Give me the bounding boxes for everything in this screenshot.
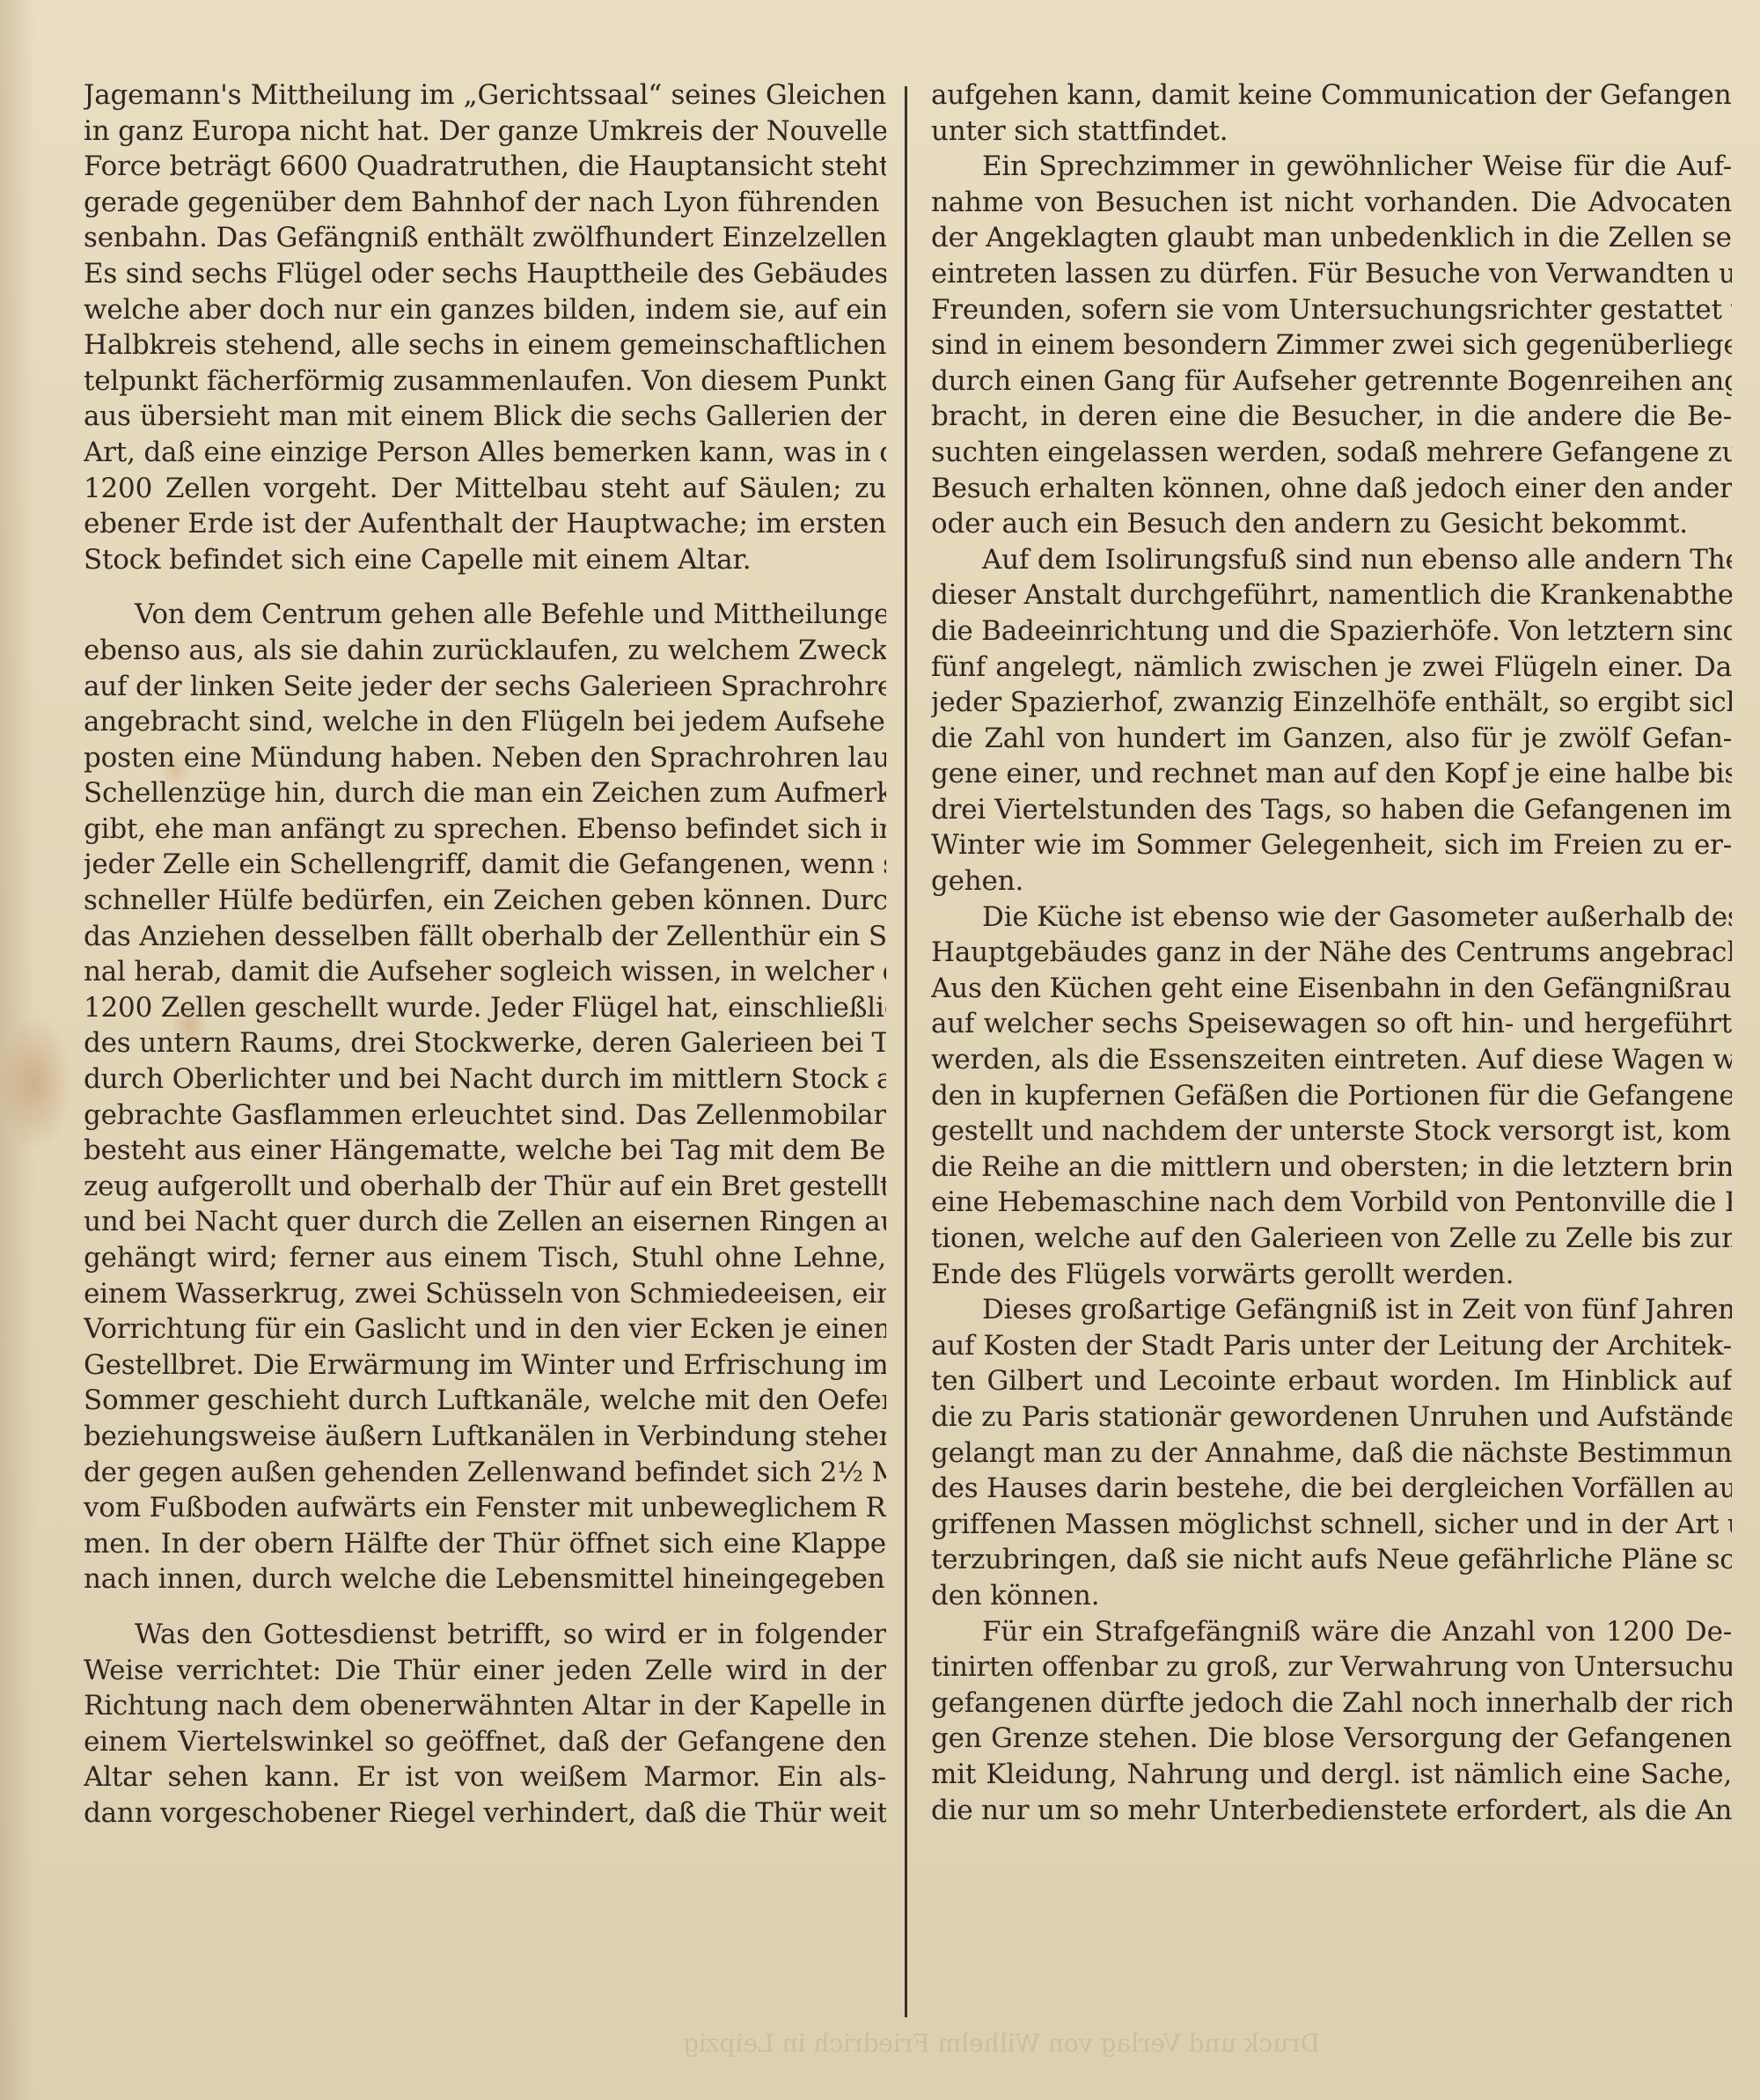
text-line: Es sind sechs Flügel oder sechs Hauptthe… bbox=[84, 256, 886, 292]
text-line: ebenso aus, als sie dahin zurücklaufen, … bbox=[84, 633, 886, 669]
text-line: gestellt und nachdem der unterste Stock … bbox=[931, 1113, 1732, 1149]
text-line: Ein Sprechzimmer in gewöhnlicher Weise f… bbox=[931, 149, 1732, 185]
text-line: bracht, in deren eine die Besucher, in d… bbox=[931, 399, 1732, 435]
text-line: Schellenzüge hin, durch die man ein Zeic… bbox=[84, 775, 886, 811]
text-line: beziehungsweise äußern Luftkanälen in Ve… bbox=[84, 1419, 886, 1455]
paragraph: aufgehen kann, damit keine Communication… bbox=[931, 77, 1732, 149]
paragraph: Von dem Centrum gehen alle Befehle und M… bbox=[84, 597, 886, 1597]
text-line: Was den Gottesdienst betrifft, so wird e… bbox=[84, 1617, 886, 1653]
text-line: Die Küche ist ebenso wie der Gasometer a… bbox=[931, 899, 1732, 936]
text-line: aufgehen kann, damit keine Communication… bbox=[931, 77, 1732, 114]
text-line: angebracht sind, welche in den Flügeln b… bbox=[84, 704, 886, 740]
paragraph: Was den Gottesdienst betrifft, so wird e… bbox=[84, 1617, 886, 1832]
text-line: Stock befindet sich eine Capelle mit ein… bbox=[84, 542, 886, 578]
text-line: Ende des Flügels vorwärts gerollt werden… bbox=[931, 1257, 1732, 1293]
text-line: Freunden, sofern sie vom Untersuchungsri… bbox=[931, 292, 1732, 328]
paragraph: Jagemann's Mittheilung im „Gerichtssaal“… bbox=[84, 77, 886, 577]
bleed-through-text: Druck und Verlag von Wilhelm Friedrich i… bbox=[546, 2029, 1320, 2073]
text-line: Winter wie im Sommer Gelegenheit, sich i… bbox=[931, 827, 1732, 863]
text-line: oder auch ein Besuch den andern zu Gesic… bbox=[931, 506, 1732, 542]
text-line: 1200 Zellen geschellt wurde. Jeder Flüge… bbox=[84, 990, 886, 1026]
text-line: Jagemann's Mittheilung im „Gerichtssaal“… bbox=[84, 77, 886, 114]
text-line: aus übersieht man mit einem Blick die se… bbox=[84, 399, 886, 435]
text-line: unter sich stattfindet. bbox=[931, 114, 1732, 150]
text-line: Besuch erhalten können, ohne daß jedoch … bbox=[931, 471, 1732, 507]
paragraph: Die Küche ist ebenso wie der Gasometer a… bbox=[931, 899, 1732, 1293]
text-column-left: Jagemann's Mittheilung im „Gerichtssaal“… bbox=[84, 77, 886, 1832]
text-line: gefangenen dürfte jedoch die Zahl noch i… bbox=[931, 1685, 1732, 1722]
newspaper-page: Jagemann's Mittheilung im „Gerichtssaal“… bbox=[0, 0, 1760, 2100]
text-line: terzubringen, daß sie nicht aufs Neue ge… bbox=[931, 1542, 1732, 1578]
text-line: dieser Anstalt durchgeführt, namentlich … bbox=[931, 577, 1732, 613]
paragraph: Ein Sprechzimmer in gewöhnlicher Weise f… bbox=[931, 149, 1732, 542]
text-line: die Reihe an die mittlern und obersten; … bbox=[931, 1149, 1732, 1186]
text-line: auf Kosten der Stadt Paris unter der Lei… bbox=[931, 1328, 1732, 1364]
text-line: zeug aufgerollt und oberhalb der Thür au… bbox=[84, 1169, 886, 1205]
paragraph-gap bbox=[84, 577, 886, 597]
text-line: Force beträgt 6600 Quadratruthen, die Ha… bbox=[84, 149, 886, 185]
text-line: die Badeeinrichtung und die Spazierhöfe.… bbox=[931, 613, 1732, 650]
text-line: durch einen Gang für Aufseher getrennte … bbox=[931, 363, 1732, 400]
text-line: 1200 Zellen vorgeht. Der Mittelbau steht… bbox=[84, 471, 886, 507]
text-line: den können. bbox=[931, 1578, 1732, 1614]
text-line: drei Viertelstunden des Tags, so haben d… bbox=[931, 792, 1732, 828]
text-line: Halbkreis stehend, alle sechs in einem g… bbox=[84, 327, 886, 363]
text-line: suchten eingelassen werden, sodaß mehrer… bbox=[931, 435, 1732, 471]
text-line: eintreten lassen zu dürfen. Für Besuche … bbox=[931, 256, 1732, 292]
text-line: gerade gegenüber dem Bahnhof der nach Ly… bbox=[84, 185, 886, 221]
text-line: Von dem Centrum gehen alle Befehle und M… bbox=[84, 597, 886, 633]
text-line: ten Gilbert und Lecointe erbaut worden. … bbox=[931, 1363, 1732, 1399]
text-line: dann vorgeschobener Riegel verhindert, d… bbox=[84, 1795, 886, 1832]
text-line: schneller Hülfe bedürfen, ein Zeichen ge… bbox=[84, 883, 886, 919]
text-line: fünf angelegt, nämlich zwischen je zwei … bbox=[931, 650, 1732, 686]
text-line: des untern Raums, drei Stockwerke, deren… bbox=[84, 1025, 886, 1061]
text-line: der Angeklagten glaubt man unbedenklich … bbox=[931, 220, 1732, 256]
text-line: Aus den Küchen geht eine Eisenbahn in de… bbox=[931, 971, 1732, 1007]
paragraph: Auf dem Isolirungsfuß sind nun ebenso al… bbox=[931, 542, 1732, 899]
text-line: Für ein Strafgefängniß wäre die Anzahl v… bbox=[931, 1614, 1732, 1650]
text-line: die zu Paris stationär gewordenen Unruhe… bbox=[931, 1399, 1732, 1435]
text-line: einem Viertelswinkel so geöffnet, daß de… bbox=[84, 1724, 886, 1760]
text-line: senbahn. Das Gefängniß enthält zwölfhund… bbox=[84, 220, 886, 256]
paragraph: Dieses großartige Gefängniß ist in Zeit … bbox=[931, 1292, 1732, 1613]
text-line: Vorrichtung für ein Gaslicht und in den … bbox=[84, 1311, 886, 1347]
column-divider-rule bbox=[905, 86, 907, 2017]
text-line: men. In der obern Hälfte der Thür öffnet… bbox=[84, 1526, 886, 1562]
text-line: tinirten offenbar zu groß, zur Verwahrun… bbox=[931, 1649, 1732, 1685]
paragraph: Für ein Strafgefängniß wäre die Anzahl v… bbox=[931, 1614, 1732, 1829]
text-line: gelangt man zu der Annahme, daß die näch… bbox=[931, 1435, 1732, 1472]
text-line: mit Kleidung, Nahrung und dergl. ist näm… bbox=[931, 1757, 1732, 1793]
text-line: sind in einem besondern Zimmer zwei sich… bbox=[931, 327, 1732, 363]
text-line: vom Fußboden aufwärts ein Fenster mit un… bbox=[84, 1490, 886, 1526]
text-line: der gegen außen gehenden Zellenwand befi… bbox=[84, 1455, 886, 1491]
text-line: besteht aus einer Hängematte, welche bei… bbox=[84, 1133, 886, 1169]
text-line: auf der linken Seite jeder der sechs Gal… bbox=[84, 669, 886, 705]
text-line: nal herab, damit die Aufseher sogleich w… bbox=[84, 954, 886, 990]
text-line: nahme von Besuchen ist nicht vorhanden. … bbox=[931, 185, 1732, 221]
text-line: eine Hebemaschine nach dem Vorbild von P… bbox=[931, 1185, 1732, 1221]
text-line: welche aber doch nur ein ganzes bilden, … bbox=[84, 292, 886, 328]
text-line: jeder Zelle ein Schellengriff, damit die… bbox=[84, 847, 886, 883]
text-line: ebener Erde ist der Aufenthalt der Haupt… bbox=[84, 506, 886, 542]
text-line: telpunkt fächerförmig zusammenlaufen. Vo… bbox=[84, 363, 886, 400]
text-line: durch Oberlichter und bei Nacht durch im… bbox=[84, 1061, 886, 1098]
text-line: die Zahl von hundert im Ganzen, also für… bbox=[931, 721, 1732, 757]
text-line: Gestellbret. Die Erwärmung im Winter und… bbox=[84, 1347, 886, 1384]
text-line: Art, daß eine einzige Person Alles bemer… bbox=[84, 435, 886, 471]
text-line: tionen, welche auf den Galerieen von Zel… bbox=[931, 1221, 1732, 1257]
text-line: nach innen, durch welche die Lebensmitte… bbox=[84, 1561, 886, 1597]
text-line: einem Wasserkrug, zwei Schüsseln von Sch… bbox=[84, 1276, 886, 1312]
text-line: das Anziehen desselben fällt oberhalb de… bbox=[84, 919, 886, 955]
text-line: die nur um so mehr Unterbedienstete erfo… bbox=[931, 1793, 1732, 1829]
text-line: gehängt wird; ferner aus einem Tisch, St… bbox=[84, 1240, 886, 1276]
text-line: posten eine Mündung haben. Neben den Spr… bbox=[84, 740, 886, 776]
text-line: auf welcher sechs Speisewagen so oft hin… bbox=[931, 1006, 1732, 1042]
text-line: Dieses großartige Gefängniß ist in Zeit … bbox=[931, 1292, 1732, 1328]
text-line: gibt, ehe man anfängt zu sprechen. Ebens… bbox=[84, 811, 886, 848]
text-line: in ganz Europa nicht hat. Der ganze Umkr… bbox=[84, 114, 886, 150]
text-line: gehen. bbox=[931, 863, 1732, 899]
text-line: Weise verrichtet: Die Thür einer jeden Z… bbox=[84, 1653, 886, 1689]
text-line: Altar sehen kann. Er ist von weißem Marm… bbox=[84, 1759, 886, 1795]
text-line: den in kupfernen Gefäßen die Portionen f… bbox=[931, 1078, 1732, 1114]
text-column-right: aufgehen kann, damit keine Communication… bbox=[931, 77, 1732, 1828]
text-line: Hauptgebäudes ganz in der Nähe des Centr… bbox=[931, 935, 1732, 971]
text-line: des Hauses darin bestehe, die bei dergle… bbox=[931, 1471, 1732, 1507]
text-line: jeder Spazierhof, zwanzig Einzelhöfe ent… bbox=[931, 685, 1732, 721]
text-line: Auf dem Isolirungsfuß sind nun ebenso al… bbox=[931, 542, 1732, 578]
text-line: Richtung nach dem obenerwähnten Altar in… bbox=[84, 1688, 886, 1724]
text-line: werden, als die Essenszeiten eintreten. … bbox=[931, 1042, 1732, 1078]
text-line: und bei Nacht quer durch die Zellen an e… bbox=[84, 1204, 886, 1240]
text-line: griffenen Massen möglichst schnell, sich… bbox=[931, 1507, 1732, 1543]
text-line: gene einer, und rechnet man auf den Kopf… bbox=[931, 756, 1732, 792]
text-line: gebrachte Gasflammen erleuchtet sind. Da… bbox=[84, 1098, 886, 1134]
paragraph-gap bbox=[84, 1597, 886, 1617]
text-line: Sommer geschieht durch Luftkanäle, welch… bbox=[84, 1383, 886, 1419]
text-line: gen Grenze stehen. Die blose Versorgung … bbox=[931, 1721, 1732, 1757]
